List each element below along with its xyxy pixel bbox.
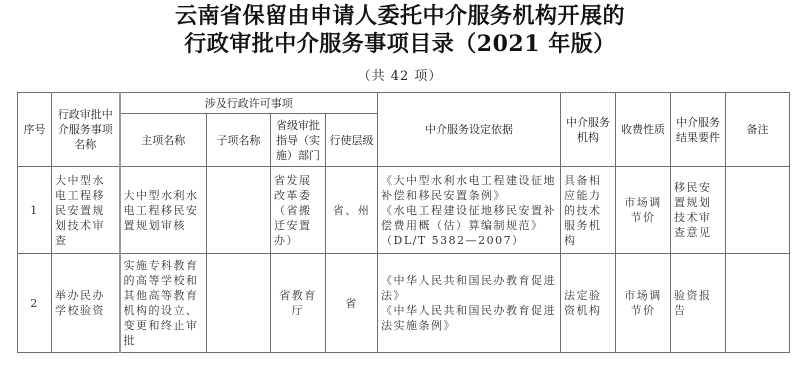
cell-seq: 2: [18, 254, 52, 353]
header-level: 行使层级: [326, 114, 378, 167]
header-remarks: 备注: [726, 93, 790, 167]
cell-main-item: 实施专科教育的高等学校和其他高等教育机构的设立、变更和终止审批: [120, 254, 207, 353]
table-row: 2 举办民办学校验资 实施专科教育的高等学校和其他高等教育机构的设立、变更和终止…: [18, 254, 790, 353]
header-sub-item: 子项名称: [207, 114, 271, 167]
cell-provincial-dept: 省教育厅: [271, 254, 326, 353]
cell-basis: 《中华人民共和国民办教育促进法》 《中华人民共和国民办教育促进法实施条例》: [378, 254, 561, 353]
cell-seq: 1: [18, 167, 52, 254]
cell-fee: 市场调节价: [616, 254, 671, 353]
cell-remarks: [726, 167, 790, 254]
cell-result: 验资报告: [671, 254, 726, 353]
cell-basis: 《大中型水利水电工程建设征地补偿和移民安置条例》 《水电工程建设征地移民安置补偿…: [378, 167, 561, 254]
cell-service-name: 举办民办学校验资: [52, 254, 120, 353]
header-main-item: 主项名称: [120, 114, 207, 167]
table-header-row-1: 序号 行政审批中介服务事项名称 涉及行政许可事项 中介服务设定依据 中介服务机构…: [18, 93, 790, 114]
document-title-line-2: 行政审批中介服务事项目录（2021 年版）: [0, 31, 800, 57]
cell-remarks: [726, 254, 790, 353]
header-fee: 收费性质: [616, 93, 671, 167]
cell-result: 移民安置规划技术审查意见: [671, 167, 726, 254]
basis-line: 《水电工程建设征地移民安置补偿费用概（估）算编制规范》（DL/T 5382—20…: [381, 203, 557, 248]
header-service-name: 行政审批中介服务事项名称: [52, 93, 120, 167]
header-agency: 中介服务机构: [561, 93, 616, 167]
cell-service-name: 大中型水电工程移民安置规划技术审查: [52, 167, 120, 254]
basis-line: 《中华人民共和国民办教育促进法实施条例》: [381, 303, 557, 333]
cell-sub-item: [207, 167, 271, 254]
table-row: 1 大中型水电工程移民安置规划技术审查 大中型水利水电工程移民安置规划审核 省发…: [18, 167, 790, 254]
basis-line: 《大中型水利水电工程建设征地补偿和移民安置条例》: [381, 173, 557, 203]
header-licensing-group: 涉及行政许可事项: [120, 93, 378, 114]
header-basis: 中介服务设定依据: [378, 93, 561, 167]
document-title-line-1: 云南省保留由申请人委托中介服务机构开展的: [0, 3, 800, 29]
item-count-subtitle: （共 42 项）: [0, 65, 800, 84]
header-provincial-dept: 省级审批指导（实施）部门: [271, 114, 326, 167]
basis-line: 《中华人民共和国民办教育促进法》: [381, 273, 557, 303]
cell-level: 省: [326, 254, 378, 353]
cell-provincial-dept: 省发展改革委（省搬迁安置办）: [271, 167, 326, 254]
cell-main-item: 大中型水利水电工程移民安置规划审核: [120, 167, 207, 254]
intermediary-service-catalog-table: 序号 行政审批中介服务事项名称 涉及行政许可事项 中介服务设定依据 中介服务机构…: [17, 92, 790, 353]
cell-level: 省、州: [326, 167, 378, 254]
cell-fee: 市场调节价: [616, 167, 671, 254]
cell-agency: 具备相应能力的技术服务机构: [561, 167, 616, 254]
cell-sub-item: [207, 254, 271, 353]
header-result: 中介服务结果要件: [671, 93, 726, 167]
header-seq: 序号: [18, 93, 52, 167]
cell-agency: 法定验资机构: [561, 254, 616, 353]
